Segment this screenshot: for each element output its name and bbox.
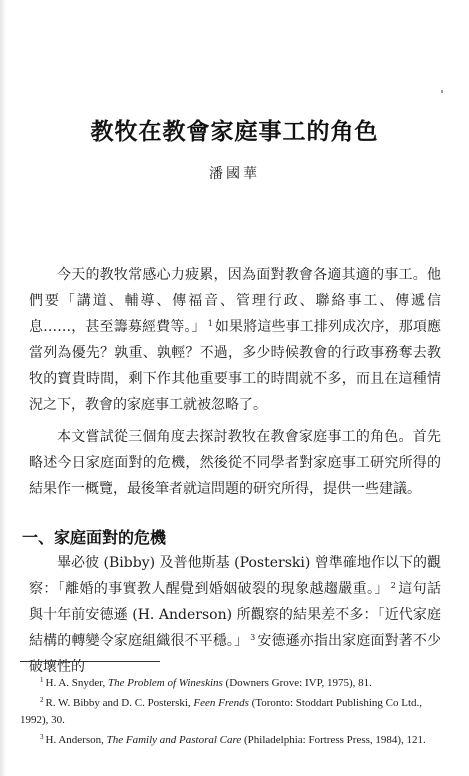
paragraph-text: 畢必彼 (Bibby) 及普他斯基 (Posterski) 曾準確地作以下的觀察… xyxy=(29,555,441,597)
scan-speck xyxy=(441,90,443,93)
paragraph-outline: 本文嘗試從三個角度去探討教牧在教會家庭事工的角色。首先略述今日家庭面對的危機，然… xyxy=(29,424,441,502)
footnotes: 1H. A. Snyder, The Problem of Wineskins … xyxy=(20,672,440,749)
footnote-1: 1H. A. Snyder, The Problem of Wineskins … xyxy=(20,672,440,692)
footnote-book-title: The Family and Pastoral Care xyxy=(107,734,242,746)
footnote-number: 1 xyxy=(40,676,44,684)
footnote-ref: 1 xyxy=(208,319,213,328)
footnote-text: (Downers Grove: IVP, 1975), 81. xyxy=(223,677,372,689)
footnote-2: 2R. W. Bibby and D. C. Posterski, Feen F… xyxy=(20,692,440,712)
footnote-number: 3 xyxy=(40,733,44,741)
article-title: 教牧在教會家庭事工的角色 xyxy=(0,113,469,146)
footnote-divider xyxy=(20,661,160,662)
footnote-book-title: The Problem of Wineskins xyxy=(108,677,223,689)
footnote-text: R. W. Bibby and D. C. Posterski, xyxy=(46,697,194,709)
footnote-ref: 3 xyxy=(250,633,255,642)
footnote-3: 3H. Anderson, The Family and Pastoral Ca… xyxy=(20,729,440,749)
section-heading: 一、家庭面對的危機 xyxy=(22,525,166,548)
footnote-text: (Philadelphia: Fortress Press, 1984), 12… xyxy=(241,734,426,746)
footnote-text: (Toronto: Stoddart Publishing Co Ltd., xyxy=(249,697,422,709)
footnote-number: 2 xyxy=(40,696,44,704)
footnote-text: H. Anderson, xyxy=(46,734,107,746)
footnote-text: H. A. Snyder, xyxy=(46,677,109,689)
footnote-book-title: Feen Frends xyxy=(193,697,249,709)
paragraph-intro: 今天的教牧常感心力疲累，因為面對教會各適其適的事工。他們要「講道、輔導、傳福音、… xyxy=(29,262,441,418)
footnote-2-continuation: 1992), 30. xyxy=(20,712,440,729)
footnote-ref: 2 xyxy=(391,581,396,590)
article-author: 潘國華 xyxy=(0,163,469,183)
paragraph-text: 本文嘗試從三個角度去探討教牧在教會家庭事工的角色。首先略述今日家庭面對的危機，然… xyxy=(29,429,441,497)
